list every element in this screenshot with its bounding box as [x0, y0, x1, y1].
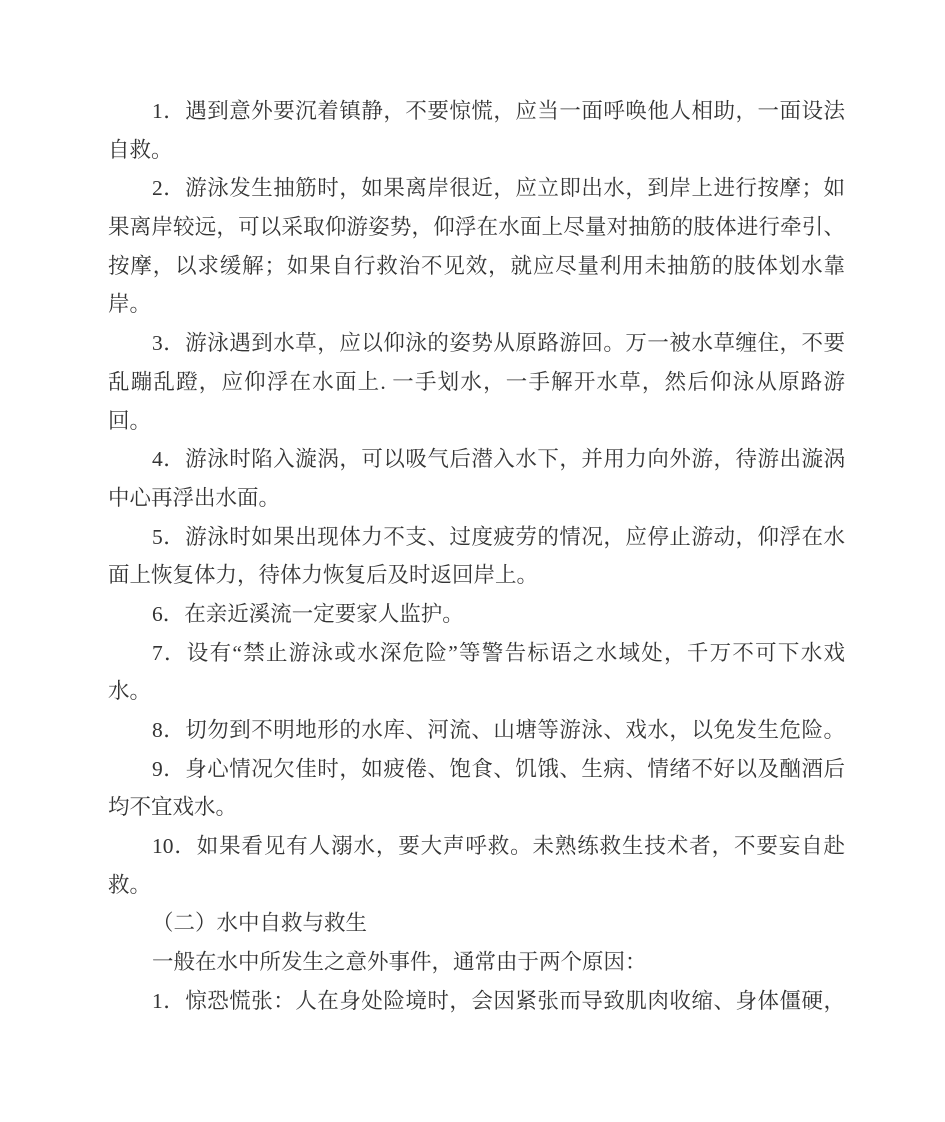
- paragraph-paragraph: 一般在水中所发生之意外事件，通常由于两个原因：: [108, 943, 945, 982]
- document-text: 1．遇到意外要沉着镇静，不要惊慌，应当一面呼唤他人相助，一面设法自救。2．游泳发…: [108, 92, 945, 1021]
- paragraph-list-item-4: 4．游泳时陷入漩涡，可以吸气后潜入水下，并用力向外游，待游出漩涡中心再浮出水面。: [108, 440, 945, 517]
- text-line: 按摩，以求缓解；如果自行救治不见效，就应尽量利用未抽筋的肢体划水靠: [108, 247, 845, 286]
- text-line: 一般在水中所发生之意外事件，通常由于两个原因：: [152, 943, 845, 982]
- text-line: 回。: [108, 402, 845, 441]
- text-line: 1．遇到意外要沉着镇静，不要惊慌，应当一面呼唤他人相助，一面设法: [152, 92, 845, 131]
- paragraph-list-item-8: 8．切勿到不明地形的水库、河流、山塘等游泳、戏水，以免发生危险。: [108, 711, 945, 750]
- text-line: 救。: [108, 866, 845, 905]
- text-line: 均不宜戏水。: [108, 788, 845, 827]
- paragraph-list-item-9: 9．身心情况欠佳时，如疲倦、饱食、饥饿、生病、情绪不好以及酗酒后均不宜戏水。: [108, 750, 945, 827]
- paragraph-list-item-10: 10．如果看见有人溺水，要大声呼救。未熟练救生技术者，不要妄自赴救。: [108, 827, 945, 904]
- document-page: 1．遇到意外要沉着镇静，不要惊慌，应当一面呼唤他人相助，一面设法自救。2．游泳发…: [0, 0, 945, 1021]
- paragraph-list-item-6: 6．在亲近溪流一定要家人监护。: [108, 595, 945, 634]
- text-line: 9．身心情况欠佳时，如疲倦、饱食、饥饿、生病、情绪不好以及酗酒后: [152, 750, 845, 789]
- text-line: 中心再浮出水面。: [108, 479, 845, 518]
- text-line: 4．游泳时陷入漩涡，可以吸气后潜入水下，并用力向外游，待游出漩涡: [152, 440, 845, 479]
- text-line: 乱蹦乱蹬，应仰浮在水面上. 一手划水，一手解开水草，然后仰泳从原路游: [108, 363, 845, 402]
- text-line: 8．切勿到不明地形的水库、河流、山塘等游泳、戏水，以免发生危险。: [152, 711, 845, 750]
- paragraph-list-item-3: 3．游泳遇到水草，应以仰泳的姿势从原路游回。万一被水草缠住，不要乱蹦乱蹬，应仰浮…: [108, 324, 945, 440]
- paragraph-list-item-2: 2．游泳发生抽筋时，如果离岸很近，应立即出水，到岸上进行按摩；如果离岸较远，可以…: [108, 169, 945, 324]
- text-line: 5．游泳时如果出现体力不支、过度疲劳的情况，应停止游动，仰浮在水: [152, 518, 845, 557]
- text-line: 10．如果看见有人溺水，要大声呼救。未熟练救生技术者，不要妄自赴: [152, 827, 845, 866]
- text-line: 7．设有“禁止游泳或水深危险”等警告标语之水域处，千万不可下水戏: [152, 634, 845, 673]
- paragraph-list-item-1: 1．遇到意外要沉着镇静，不要惊慌，应当一面呼唤他人相助，一面设法自救。: [108, 92, 945, 169]
- text-line: 6．在亲近溪流一定要家人监护。: [152, 595, 845, 634]
- text-line: 果离岸较远，可以采取仰游姿势，仰浮在水面上尽量对抽筋的肢体进行牵引、: [108, 208, 845, 247]
- text-line: 3．游泳遇到水草，应以仰泳的姿势从原路游回。万一被水草缠住，不要: [152, 324, 845, 363]
- section-heading: （二）水中自救与救生: [108, 904, 945, 943]
- text-line: 2．游泳发生抽筋时，如果离岸很近，应立即出水，到岸上进行按摩；如: [152, 169, 845, 208]
- paragraph-list-item-1-causes: 1．惊恐慌张：人在身处险境时，会因紧张而导致肌肉收缩、身体僵硬，: [108, 982, 945, 1021]
- text-line: 岸。: [108, 285, 845, 324]
- paragraph-list-item-5: 5．游泳时如果出现体力不支、过度疲劳的情况，应停止游动，仰浮在水面上恢复体力，待…: [108, 518, 945, 595]
- section-heading-line: （二）水中自救与救生: [152, 904, 845, 943]
- text-line: 水。: [108, 672, 845, 711]
- text-line: 面上恢复体力，待体力恢复后及时返回岸上。: [108, 556, 845, 595]
- text-line: 自救。: [108, 131, 845, 170]
- text-line: 1．惊恐慌张：人在身处险境时，会因紧张而导致肌肉收缩、身体僵硬，: [152, 982, 845, 1021]
- paragraph-list-item-7: 7．设有“禁止游泳或水深危险”等警告标语之水域处，千万不可下水戏水。: [108, 634, 945, 711]
